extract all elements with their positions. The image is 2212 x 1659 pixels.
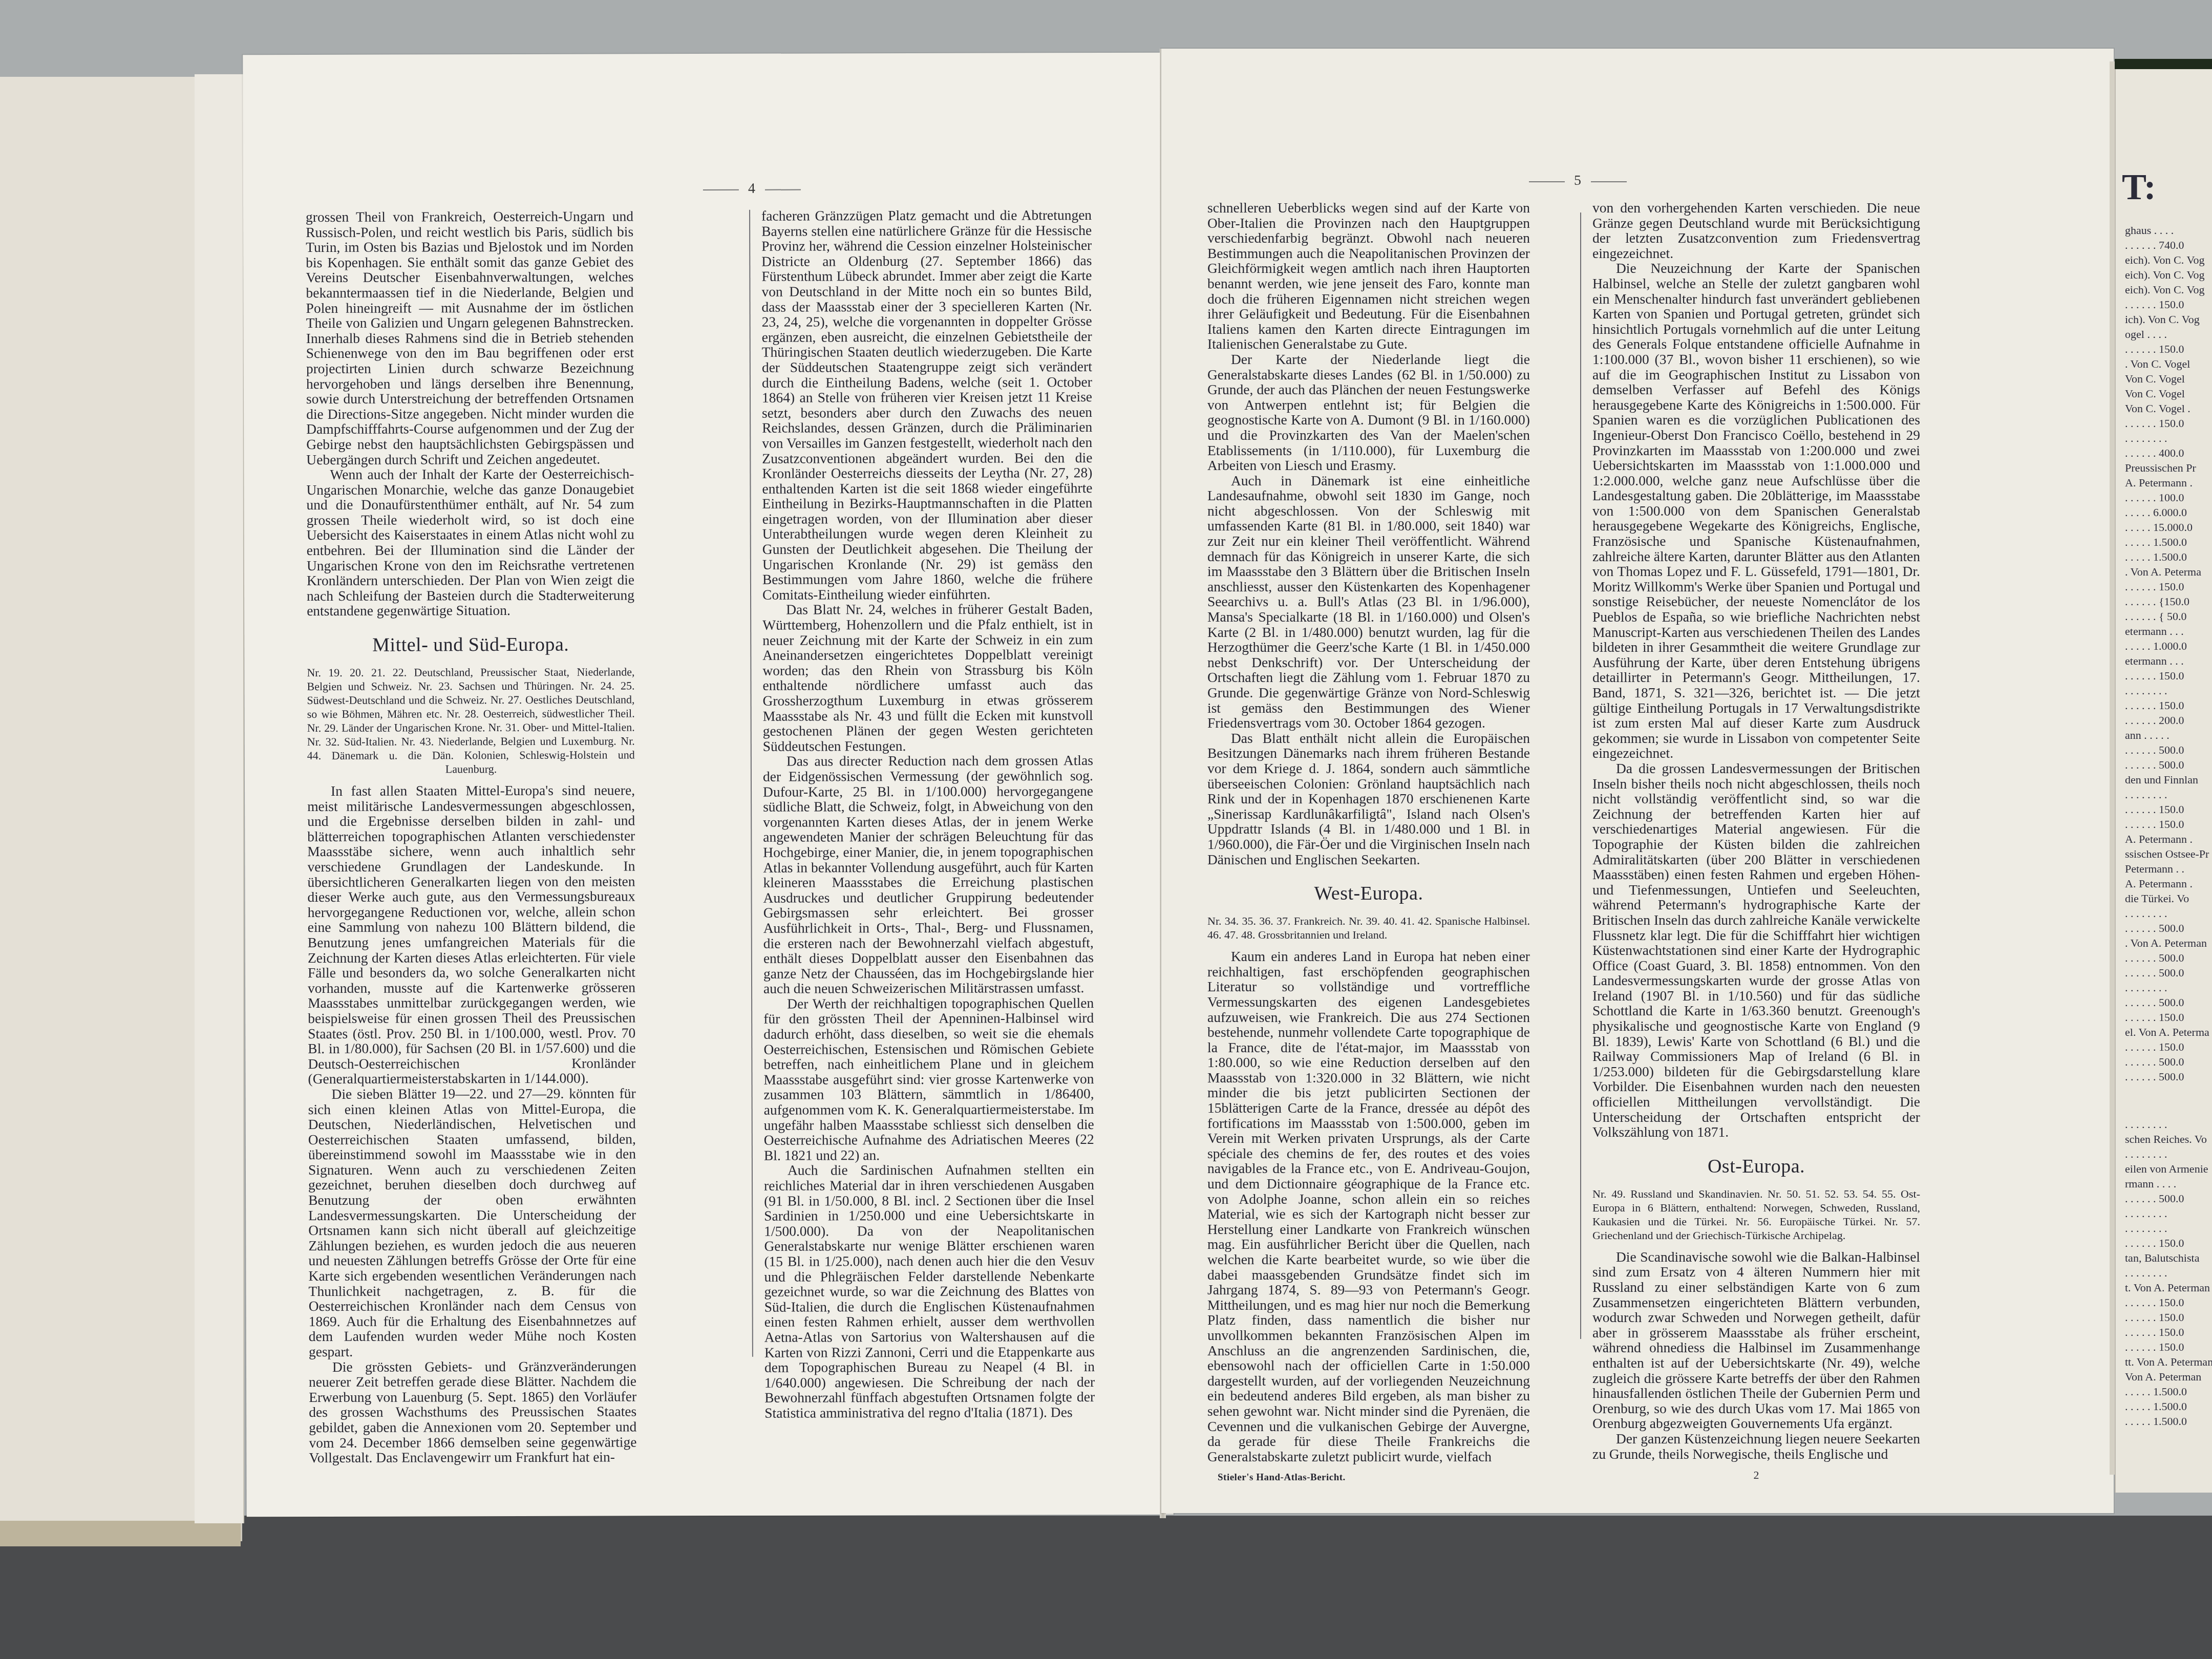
list-row: . . . . . . 150.0 [2125,1039,2212,1054]
list-row: . . . . . . 150.0 [2125,297,2212,312]
list-row: eich). Von C. Vog [2125,252,2212,267]
list-row: tan, Balutschista [2125,1250,2212,1265]
section-title: Mittel- und Süd-Europa. [307,633,634,656]
list-row: . . . . . . 400.0 [2125,445,2212,460]
rule-dash [1591,181,1627,182]
list-row: . . . . . . . . [2125,906,2212,921]
list-row: ogel . . . . [2125,327,2212,342]
list-row: . . . . . 15.000.0 [2125,520,2212,535]
list-row: A. Petermann . [2125,876,2212,891]
list-row: . . . . . . 150.0 [2125,817,2212,832]
right-page-column-2: von den vorhergehenden Karten verschiede… [1592,200,1920,1483]
column-divider [749,210,753,1357]
list-row: . . . . . . . . [2125,980,2212,995]
list-row: . . . . . . 150.0 [2125,698,2212,713]
paragraph: Die sieben Blätter 19—22. und 27—29. kön… [308,1086,636,1359]
list-row: . . . . . . 150.0 [2125,802,2212,817]
list-row: . . . . . . 500.0 [2125,921,2212,935]
list-row: . . . . . . 500.0 [2125,950,2212,965]
list-row: eich). Von C. Vog [2125,282,2212,297]
next-page-partial: T: ghaus . . . .. . . . . . 740.0eich). … [2115,69,2212,1493]
left-page: 4 grossen Theil von Frankreich, Oesterre… [243,53,1173,1517]
list-row: . . . . . 1.500.0 [2125,549,2212,564]
paragraph: Das Blatt enthält nicht allein die Europ… [1207,731,1530,867]
paragraph: Die grössten Gebiets- und Gränzveränderu… [309,1358,637,1465]
paragraph: Da die grossen Landesvermessungen der Br… [1592,761,1920,1140]
list-row: . Von A. Peterma [2125,564,2212,579]
page-edge [2110,61,2115,1475]
list-rows: ghaus . . . .. . . . . . 740.0eich). Von… [2125,223,2212,1429]
paragraph: In fast allen Staaten Mittel-Europa's si… [307,782,636,1087]
paragraph: Die Neuzeichnung der Karte der Spanische… [1592,261,1920,761]
right-page-column-1: schnelleren Ueberblicks wegen sind auf d… [1207,200,1530,1485]
list-row: . . . . . . 500.0 [2125,965,2212,980]
paragraph: Der ganzen Küstenzeichnung liegen neuere… [1592,1431,1920,1461]
list-row: eich). Von C. Vog [2125,267,2212,282]
list-row: Von C. Vogel . [2125,401,2212,416]
list-row: . Von A. Peterman [2125,935,2212,950]
list-row: . . . . . . 200.0 [2125,713,2212,728]
section-title: West-Europa. [1207,882,1530,905]
list-row: . . . . . 1.500.0 [2125,1414,2212,1429]
list-row: . . . . . . 740.0 [2125,238,2212,252]
list-row: . . . . . . 150.0 [2125,579,2212,594]
page-number-left: 4 [694,180,810,197]
list-row: . . . . . . 150.0 [2125,342,2212,356]
list-row: ann . . . . . [2125,728,2212,742]
list-heading: T: [2122,166,2212,207]
list-row: Von A. Peterman [2125,1369,2212,1384]
list-row: . . . . . . 150.0 [2125,1325,2212,1339]
list-row: . . . . . . 150.0 [2125,1010,2212,1025]
cover-board-edge [0,1521,241,1546]
list-row: . . . . . . 500.0 [2125,1069,2212,1084]
section-title: Ost-Europa. [1592,1155,1920,1178]
list-row: . . . . . . . . [2125,787,2212,802]
list-row: . . . . . 1.500.0 [2125,1384,2212,1399]
list-row: . . . . . . 150.0 [2125,1339,2212,1354]
list-row: A. Petermann . [2125,475,2212,490]
paragraph: Auch in Dänemark ist eine einheitliche L… [1207,473,1530,731]
list-row: ssischen Ostsee-Pr [2125,846,2212,861]
list-row: die Türkei. Vo [2125,891,2212,906]
rule-dash [703,189,739,190]
paragraph: Das Blatt Nr. 24, welches in früherer Ge… [762,601,1093,754]
flyleaf [195,74,244,1523]
rule-dash [1529,181,1565,182]
paragraph: schnelleren Ueberblicks wegen sind auf d… [1207,200,1530,352]
list-row: . . . . . 6.000.0 [2125,505,2212,520]
paragraph: Das aus directer Reduction nach dem gros… [763,753,1094,996]
signature-mark: 2 [1592,1467,1920,1483]
paragraph: Kaum ein anderes Land in Europa hat nebe… [1207,949,1530,1464]
paragraph: Der Karte der Niederlande liegt die Gene… [1207,352,1530,473]
list-row: . . . . . . 500.0 [2125,742,2212,757]
list-row: den und Finnlan [2125,772,2212,787]
left-page-column-1: grossen Theil von Frankreich, Oesterreic… [306,208,636,1465]
list-row: A. Petermann . [2125,832,2212,846]
column-divider [1580,212,1581,1339]
list-row: . . . . . . 500.0 [2125,1191,2212,1206]
page-number-text: 4 [748,181,756,197]
binding-edge [2115,59,2212,70]
list-row: . Von C. Vogel [2125,356,2212,371]
list-row: schen Reiches. Vo [2125,1132,2212,1146]
list-row: . . . . . . 100.0 [2125,490,2212,505]
list-row: el. Von A. Peterma [2125,1025,2212,1039]
list-row: ghaus . . . . [2125,223,2212,238]
section-map-list: Nr. 19. 20. 21. 22. Deutschland, Preussi… [307,665,635,776]
list-row [2125,1100,2212,1117]
list-row: . . . . . . . . [2125,683,2212,698]
list-row: . . . . . . 500.0 [2125,1054,2212,1069]
paragraph: Auch die Sardinischen Aufnahmen stellten… [764,1162,1095,1420]
list-row: . . . . . . . . [2125,431,2212,445]
list-row: etermann . . . [2125,624,2212,639]
list-row: . . . . . 1.000.0 [2125,639,2212,653]
list-row: . . . . . . 150.0 [2125,416,2212,431]
list-row: . . . . . . 150.0 [2125,1295,2212,1310]
list-row: t. Von A. Peterman [2125,1280,2212,1295]
list-row: . . . . . . . . [2125,1117,2212,1132]
signature-footer: Stieler's Hand-Atlas-Bericht. [1207,1470,1530,1485]
list-row: eilen von Armenie [2125,1161,2212,1176]
page-number-right: 5 [1520,173,1636,189]
left-page-column-2: facheren Gränzzügen Platz gemacht und di… [761,207,1095,1420]
list-row: . . . . . . {150.0 [2125,594,2212,609]
list-row: etermann . . . [2125,653,2212,668]
paragraph: Die Scandinavische sowohl wie die Balkan… [1592,1249,1920,1431]
list-row: . . . . . . { 50.0 [2125,609,2212,624]
list-row: . . . . . . . . [2125,1265,2212,1280]
right-page: 5 schnelleren Ueberblicks wegen sind auf… [1161,49,2114,1513]
list-row: Petermann . . [2125,861,2212,876]
list-row: . . . . . . 500.0 [2125,757,2212,772]
list-row: . . . . . . 150.0 [2125,1310,2212,1325]
rule-dash [765,189,801,190]
section-map-list: Nr. 34. 35. 36. 37. Frankreich. Nr. 39. … [1207,914,1530,942]
list-row: . . . . . . . . [2125,1146,2212,1161]
list-row: . . . . . 1.500.0 [2125,1399,2212,1414]
paragraph: facheren Gränzzügen Platz gemacht und di… [761,207,1093,602]
list-row: . . . . . . . . [2125,1221,2212,1236]
list-row: . . . . . . 150.0 [2125,668,2212,683]
section-map-list: Nr. 49. Russland und Skandinavien. Nr. 5… [1592,1187,1920,1242]
page-number-text: 5 [1574,173,1582,188]
list-row: Von C. Vogel [2125,371,2212,386]
paragraph: Der Werth der reichhaltigen topographisc… [763,995,1094,1163]
paragraph: von den vorhergehenden Karten verschiede… [1592,200,1920,261]
paragraph: grossen Theil von Frankreich, Oesterreic… [306,208,634,467]
list-row: Preussischen Pr [2125,460,2212,475]
list-row: . . . . . 1.500.0 [2125,535,2212,549]
list-row: . . . . . . 150.0 [2125,1236,2212,1250]
list-row [2125,1084,2212,1100]
table-surface [0,1516,2212,1659]
price-list: T: ghaus . . . .. . . . . . 740.0eich). … [2125,166,2212,1429]
list-row: ich). Von C. Vog [2125,312,2212,327]
list-row: . . . . . . 500.0 [2125,995,2212,1010]
list-row: Von C. Vogel [2125,386,2212,401]
list-row: rmann . . . . [2125,1176,2212,1191]
list-row: . . . . . . . . [2125,1206,2212,1221]
paragraph: Wenn auch der Inhalt der Karte der Oeste… [306,466,634,619]
list-row: tt. Von A. Peterman [2125,1354,2212,1369]
